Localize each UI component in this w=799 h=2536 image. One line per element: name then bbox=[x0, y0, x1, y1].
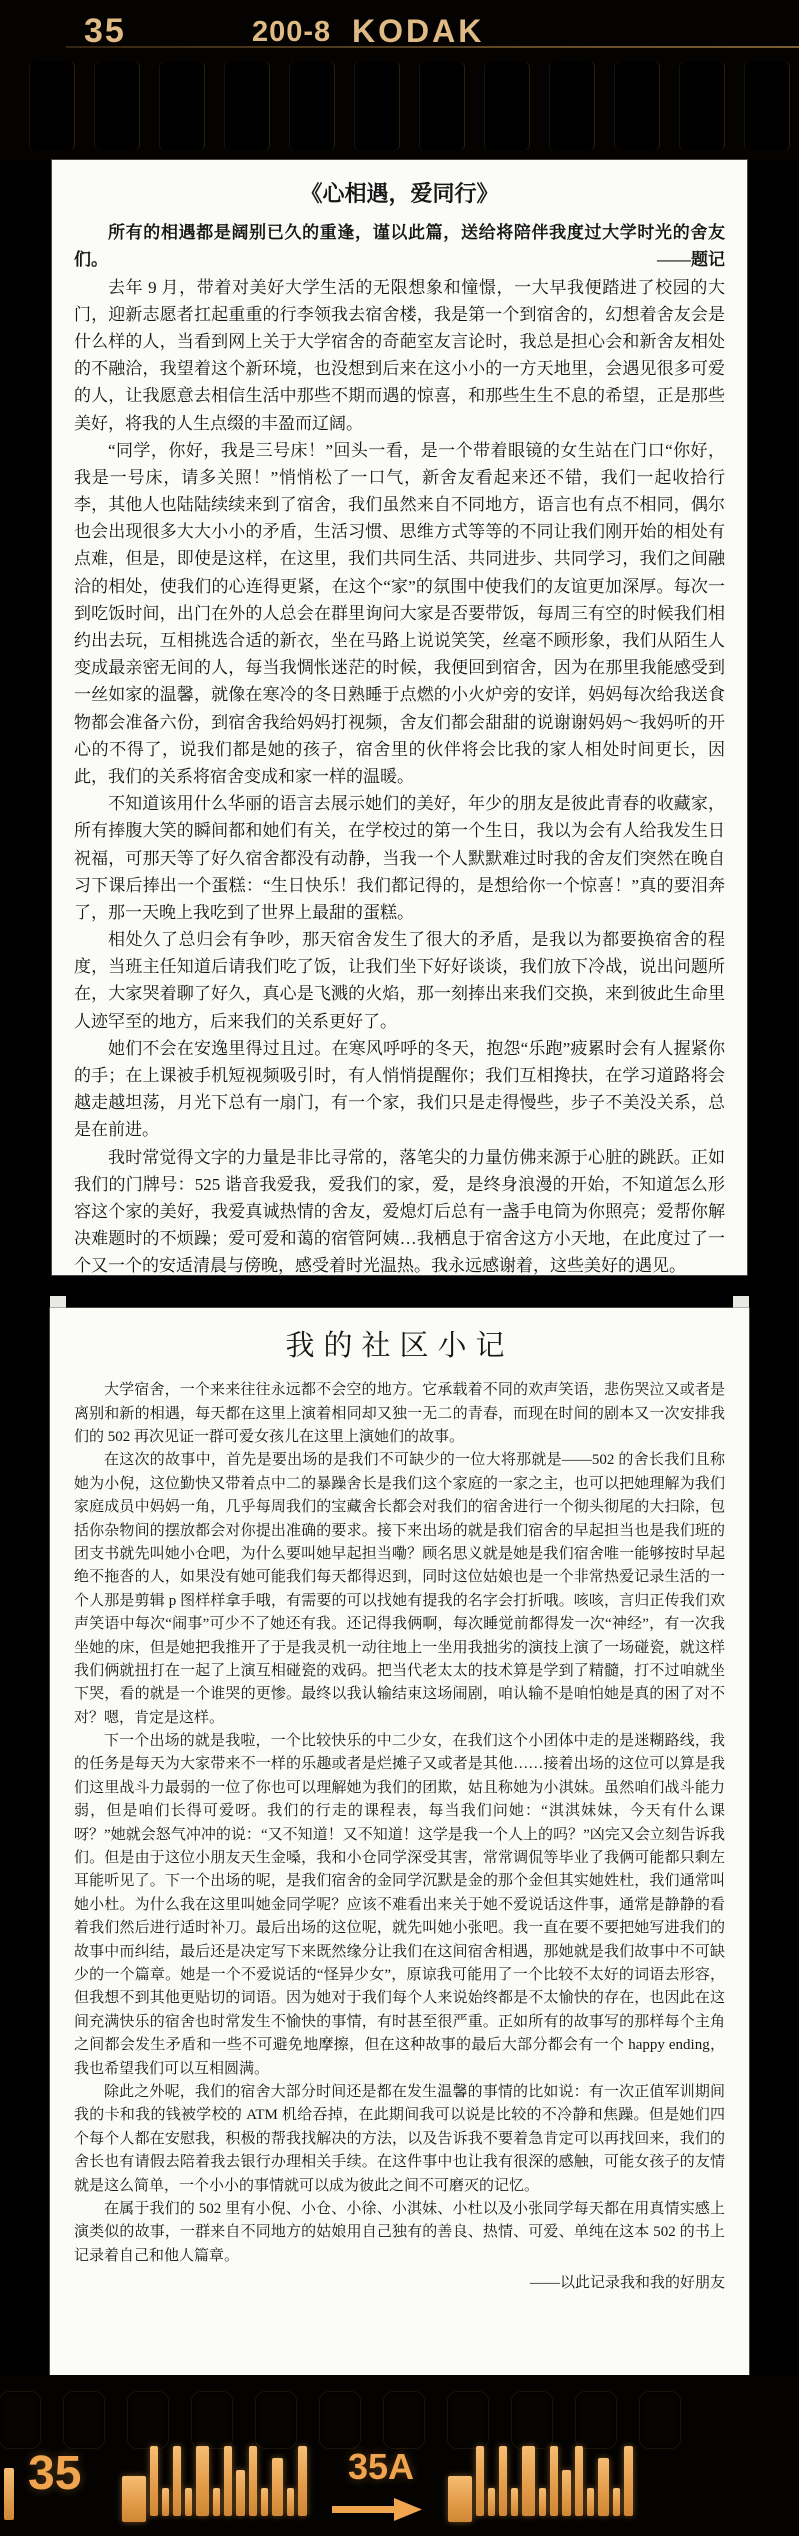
essay-signature: ——以此记录我和我的好朋友 bbox=[74, 2272, 725, 2295]
paragraph: 除此之外呢，我们的宿舍大部分时间还是都在发生温馨的事情的比如说：有一次正值军训期… bbox=[74, 2081, 725, 2198]
paragraph: 她们不会在安逸里得过且过。在寒风呼呼的冬天，抱怨“乐跑”疲累时会有人握紧你的手；… bbox=[74, 1035, 725, 1144]
paragraph: 在属于我们的 502 里有小倪、小仓、小徐、小淇妹、小杜以及小张同学每天都在用真… bbox=[74, 2198, 725, 2268]
paragraph: 我时常觉得文字的力量是非比寻常的，落笔尖的力量仿佛来源于心脏的跳跃。正如我们的门… bbox=[74, 1144, 725, 1275]
film-strip-top: 35 200-8 KODAK bbox=[0, 0, 799, 160]
sprocket-hole bbox=[420, 62, 464, 150]
film-frame-number-next: 35A bbox=[348, 2446, 414, 2488]
film-barcode bbox=[122, 2446, 307, 2522]
sprocket-row bbox=[0, 2392, 680, 2448]
sprocket-hole bbox=[95, 62, 139, 150]
sprocket-hole bbox=[448, 2392, 488, 2448]
page-corner-tab bbox=[733, 1296, 749, 1308]
sprocket-hole bbox=[320, 2392, 360, 2448]
sprocket-hole bbox=[128, 2392, 168, 2448]
film-barcode bbox=[448, 2446, 633, 2522]
film-edge-bar bbox=[4, 2468, 14, 2520]
sprocket-hole bbox=[640, 2392, 680, 2448]
paragraph: 下一个出场的就是我啦，一个比较快乐的中二少女，在我们这个小团体中走的是迷糊路线，… bbox=[74, 1730, 725, 2081]
page-title: 我的社区小记 bbox=[74, 1324, 725, 1369]
sprocket-hole bbox=[680, 62, 724, 150]
document-page-2: 我的社区小记 大学宿舍，一个来来往往永远都不会空的地方。它承载着不同的欢声笑语，… bbox=[50, 1308, 749, 2375]
sprocket-hole bbox=[745, 62, 789, 150]
sprocket-hole bbox=[256, 2392, 296, 2448]
sprocket-hole bbox=[225, 62, 269, 150]
sprocket-hole bbox=[615, 62, 659, 150]
paragraph: 相处久了总归会有争吵，那天宿舍发生了很大的矛盾，是我以为都要换宿舍的程度，当班主… bbox=[74, 926, 725, 1035]
page-corner-tab bbox=[50, 1296, 66, 1308]
sprocket-hole bbox=[64, 2392, 104, 2448]
paragraph: 不知道该用什么华丽的语言去展示她们的美好，年少的朋友是彼此青春的收藏家，所有捧腹… bbox=[74, 790, 725, 926]
document-page-1: 《心相遇，爱同行》 所有的相遇都是阔别已久的重逢，谨以此篇，送给将陪伴我度过大学… bbox=[52, 160, 747, 1275]
film-frame-number-bottom: 35 bbox=[28, 2446, 81, 2501]
paragraph: 在这次的故事中，首先是要出场的是我们不可缺少的一位大将那就是——502 的舍长我… bbox=[74, 1449, 725, 1730]
sprocket-row bbox=[30, 62, 789, 150]
page-title: 《心相遇，爱同行》 bbox=[74, 176, 725, 211]
sprocket-hole bbox=[192, 2392, 232, 2448]
kodak-brand-label: KODAK bbox=[352, 13, 484, 50]
sprocket-hole bbox=[160, 62, 204, 150]
essay-body: 去年 9 月，带着对美好大学生活的无限想象和憧憬，一大早我便踏进了校园的大门，迎… bbox=[74, 274, 725, 1275]
sprocket-hole bbox=[384, 2392, 424, 2448]
film-frame-number-top: 35 bbox=[84, 12, 126, 51]
sprocket-hole bbox=[30, 62, 74, 150]
sprocket-hole bbox=[290, 62, 334, 150]
film-code-label: 200-8 bbox=[252, 16, 331, 49]
sprocket-hole bbox=[0, 2392, 40, 2448]
sprocket-hole bbox=[355, 62, 399, 150]
sprocket-hole bbox=[485, 62, 529, 150]
sprocket-hole bbox=[550, 62, 594, 150]
right-arrow-icon bbox=[332, 2496, 424, 2522]
paragraph: “同学，你好，我是三号床！”回头一看，是一个带着眼镜的女生站在门口“你好，我是一… bbox=[74, 437, 725, 790]
epigraph-attribution: ——题记 bbox=[623, 246, 725, 273]
paragraph: 大学宿舍，一个来来往往永远都不会空的地方。它承载着不同的欢声笑语，悲伤哭泣又或者… bbox=[74, 1379, 725, 1449]
paragraph: 去年 9 月，带着对美好大学生活的无限想象和憧憬，一大早我便踏进了校园的大门，迎… bbox=[74, 274, 725, 437]
epigraph: 所有的相遇都是阔别已久的重逢，谨以此篇，送给将陪伴我度过大学时光的舍友们。 ——… bbox=[74, 219, 725, 273]
essay-body: 大学宿舍，一个来来往往永远都不会空的地方。它承载着不同的欢声笑语，悲伤哭泣又或者… bbox=[74, 1379, 725, 2268]
sprocket-hole bbox=[576, 2392, 616, 2448]
sprocket-hole bbox=[512, 2392, 552, 2448]
